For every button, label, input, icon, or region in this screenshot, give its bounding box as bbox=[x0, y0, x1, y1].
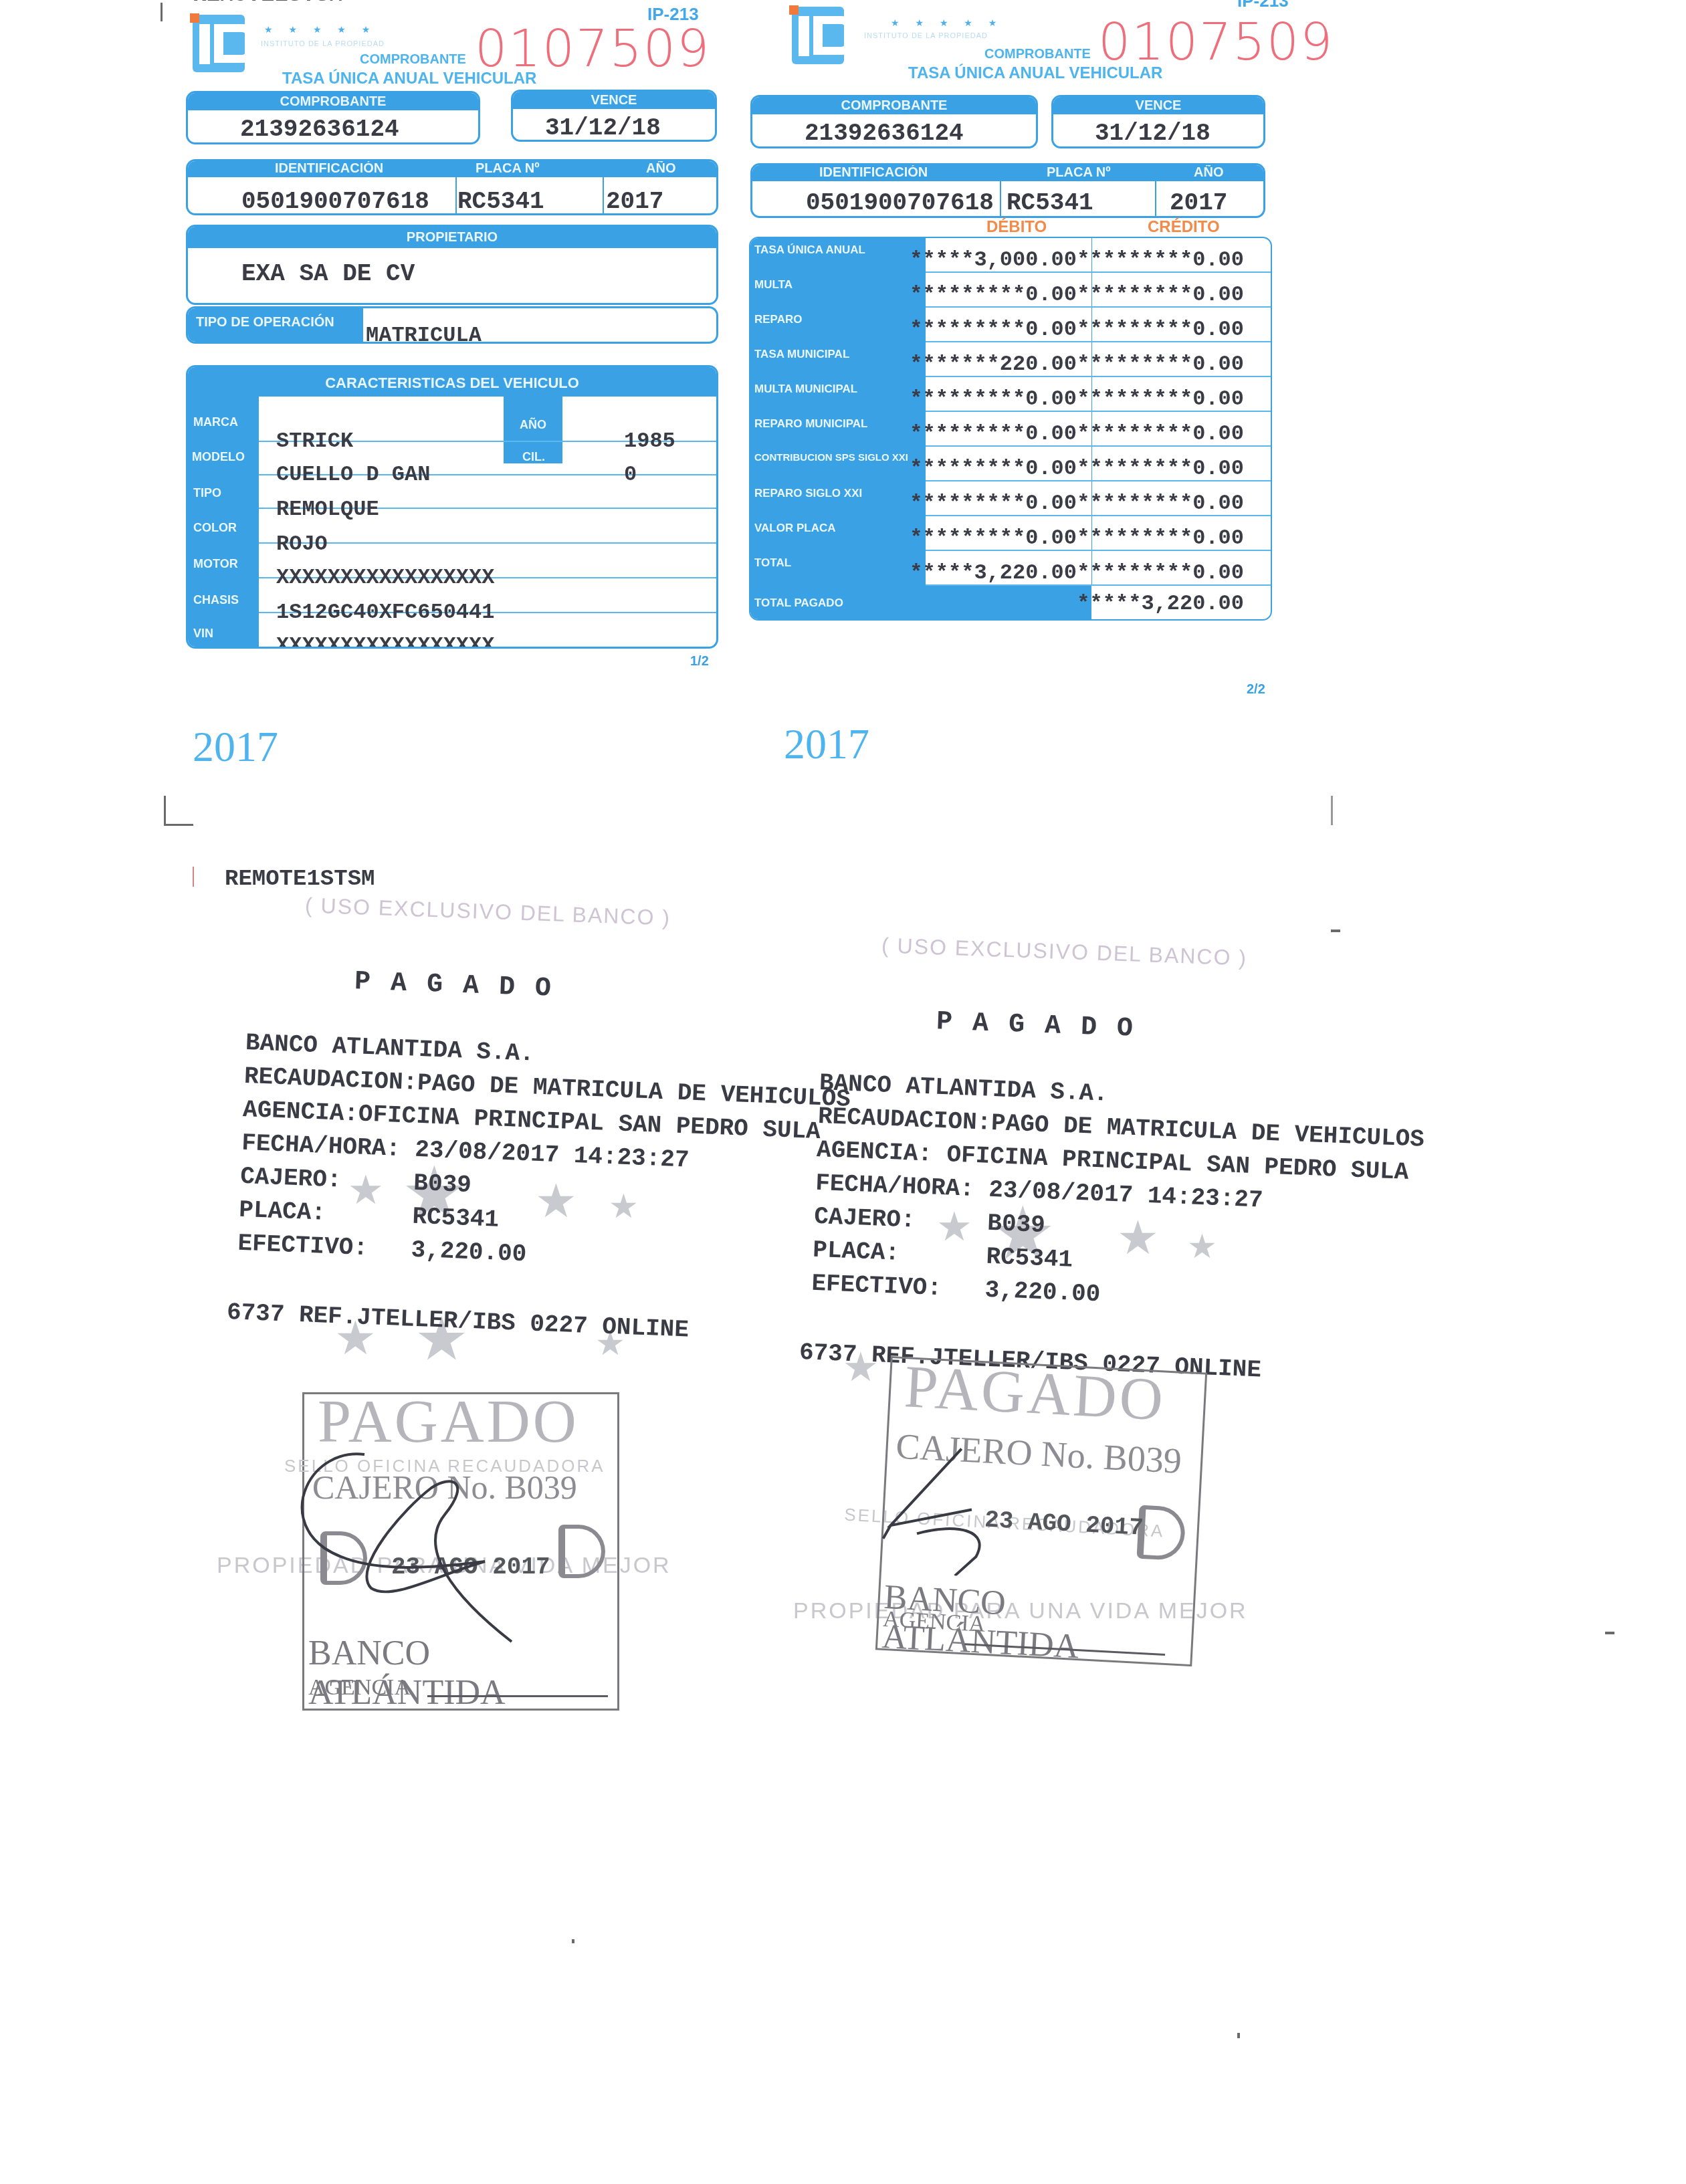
signature-icon bbox=[875, 1438, 1055, 1580]
scan-mark bbox=[1331, 930, 1340, 932]
stamp-title: PAGADO bbox=[903, 1352, 1168, 1434]
paid-stamp: PAGADO CAJERO No. B039 SELLO OFICINA REC… bbox=[875, 1356, 1207, 1666]
uso-exclusivo-label: ( USO EXCLUSIVO DEL BANCO ) bbox=[881, 933, 1248, 970]
scan-mark bbox=[572, 1939, 574, 1943]
pagado-heading: PAGADO bbox=[936, 1007, 1153, 1045]
scan-mark bbox=[1605, 1632, 1614, 1634]
stamp-agency-label: AGENCIA bbox=[882, 1607, 986, 1638]
bank-logo-icon bbox=[1137, 1505, 1186, 1561]
transaction-details: BANCO ATLANTIDA S.A.RECAUDACION:PAGO DE … bbox=[811, 1067, 1427, 1324]
bank-validation-right: ( USO EXCLUSIVO DEL BANCO ) ★ ★ ★ ★ ★ PA… bbox=[0, 0, 1686, 1739]
scan-mark bbox=[1237, 2033, 1240, 2038]
